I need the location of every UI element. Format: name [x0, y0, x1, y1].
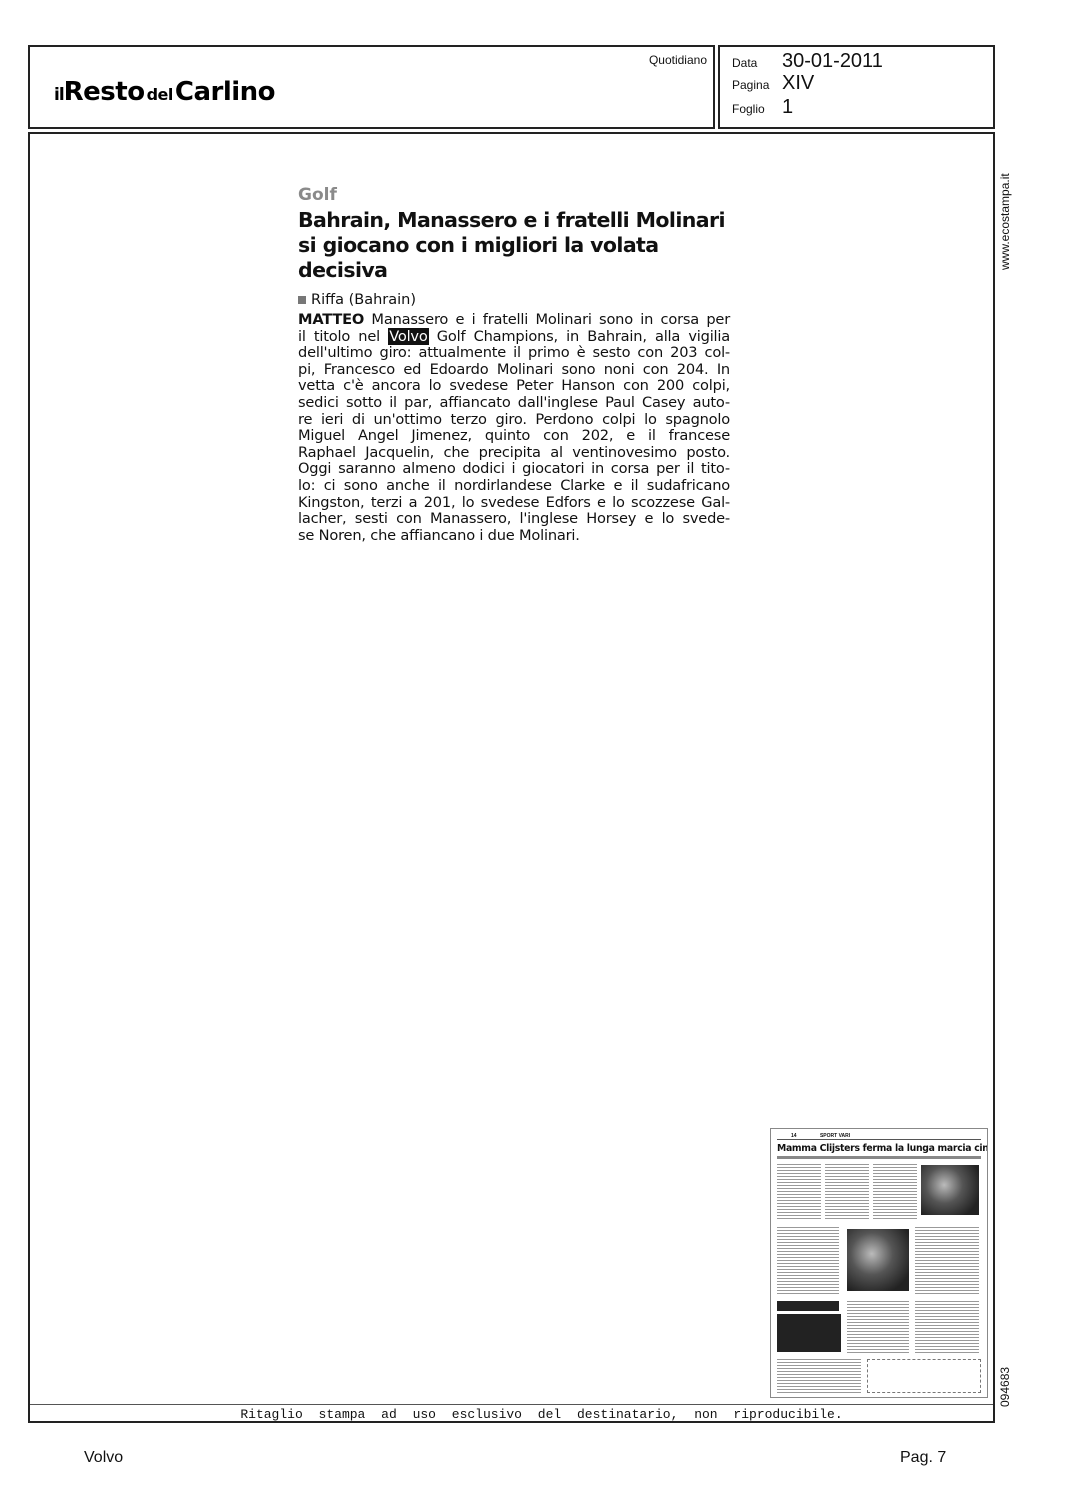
body-line-text: Manassero e i fratelli Molinari sono in … [364, 311, 730, 328]
body-line: pi, Francesco ed Edoardo Molinari sono n… [298, 362, 730, 379]
body-line: Oggi saranno almeno dodici i giocatori i… [298, 461, 730, 478]
thumbnail-column [915, 1227, 979, 1295]
thumbnail-photo [921, 1165, 979, 1215]
body-line: lacher, sesti con Manassero, l'inglese H… [298, 511, 730, 528]
meta-page-value: XIV [782, 72, 814, 95]
logo-del: del [147, 85, 173, 104]
side-code-text: 094683 [998, 1367, 1012, 1407]
thumbnail-section: SPORT VARI [820, 1133, 850, 1139]
body-line: lo: ci sono anche il nordirlandese Clark… [298, 478, 730, 495]
meta-date-value: 30-01-2011 [782, 50, 883, 73]
logo-il: il [54, 85, 64, 105]
body-line-text: il titolo nel [298, 328, 388, 345]
headline-line-1: Bahrain, Manassero e i fratelli Molinari [298, 208, 730, 233]
body-line: MATTEO Manassero e i fratelli Molinari s… [298, 312, 730, 329]
thumbnail-highlight-box [777, 1314, 841, 1352]
thumbnail-section-bar: 14 SPORT VARI [777, 1133, 981, 1140]
thumbnail-column [777, 1164, 821, 1219]
body-line: vetta c'è ancora lo svedese Peter Hanson… [298, 378, 730, 395]
logo-resto: Resto [64, 77, 145, 107]
metadata-box: Data 30-01-2011 Pagina XIV Foglio 1 [718, 45, 995, 129]
thumbnail-headline: Mamma Clijsters ferma la lunga marcia ci… [777, 1143, 988, 1154]
thumbnail-subhead [777, 1156, 981, 1159]
publication-type: Quotidiano [649, 53, 707, 67]
dateline-text: Riffa (Bahrain) [311, 291, 416, 309]
lead-word: MATTEO [298, 311, 364, 328]
page-number: Pag. 7 [900, 1449, 946, 1467]
body-line: Raphael Jacquelin, che precipita al vent… [298, 445, 730, 462]
body-line: Miguel Angel Jimenez, quinto con 202, e … [298, 428, 730, 445]
article-dateline: Riffa (Bahrain) [298, 291, 730, 309]
meta-page: Pagina XIV [732, 72, 814, 95]
clipping-frame: Golf Bahrain, Manassero e i fratelli Mol… [28, 132, 995, 1423]
meta-page-label: Pagina [732, 78, 782, 92]
body-line-text: Golf Champions, in Bahrain, alla vigilia [429, 328, 730, 345]
thumbnail-column [915, 1301, 979, 1353]
thumbnail-page-number: 14 [791, 1133, 797, 1139]
body-line: Kingston, terzi a 201, lo svedese Edfors… [298, 495, 730, 512]
thumbnail-column [777, 1359, 861, 1393]
side-code: 094683 [998, 1365, 1016, 1407]
thumbnail-highlight-box [777, 1301, 839, 1311]
thumbnail-column [777, 1227, 839, 1295]
body-line: il titolo nel Volvo Golf Champions, in B… [298, 329, 730, 346]
page-thumbnail[interactable]: 14 SPORT VARI Mamma Clijsters ferma la l… [770, 1128, 988, 1398]
footer-divider [30, 1404, 993, 1405]
thumbnail-column [873, 1164, 917, 1219]
body-line: se Noren, che affiancano i due Molinari. [298, 528, 730, 545]
logo-carlino: Carlino [175, 77, 275, 107]
highlighted-keyword: Volvo [388, 328, 428, 345]
meta-sheet: Foglio 1 [732, 96, 793, 119]
thumbnail-ad-box [867, 1359, 981, 1393]
side-url-text: www.ecostampa.it [998, 173, 1012, 270]
body-line: sedici sotto il par, affiancato dall'ing… [298, 395, 730, 412]
body-line: re ieri di un'ottimo terzo giro. Perdono… [298, 412, 730, 429]
side-url: www.ecostampa.it [998, 140, 1016, 270]
meta-date-label: Data [732, 56, 782, 70]
meta-sheet-label: Foglio [732, 102, 782, 116]
article: Golf Bahrain, Manassero e i fratelli Mol… [298, 184, 730, 544]
newspaper-logo: ilRestodelCarlino [54, 77, 275, 107]
client-name: Volvo [84, 1449, 123, 1467]
meta-sheet-value: 1 [782, 96, 793, 119]
disclaimer: Ritaglio stampa ad uso esclusivo del des… [30, 1407, 993, 1422]
meta-date: Data 30-01-2011 [732, 50, 883, 73]
body-line: dell'ultimo giro: attualmente il primo è… [298, 345, 730, 362]
thumbnail-column [847, 1301, 909, 1353]
thumbnail-column [825, 1164, 869, 1219]
thumbnail-photo [847, 1229, 909, 1291]
dateline-square-icon [298, 296, 306, 304]
headline-line-2: si giocano con i migliori la volata deci… [298, 233, 730, 283]
article-headline: Bahrain, Manassero e i fratelli Molinari… [298, 208, 730, 283]
article-kicker: Golf [298, 184, 730, 206]
article-body: MATTEO Manassero e i fratelli Molinari s… [298, 312, 730, 544]
masthead-box: ilRestodelCarlino Quotidiano [28, 45, 715, 129]
